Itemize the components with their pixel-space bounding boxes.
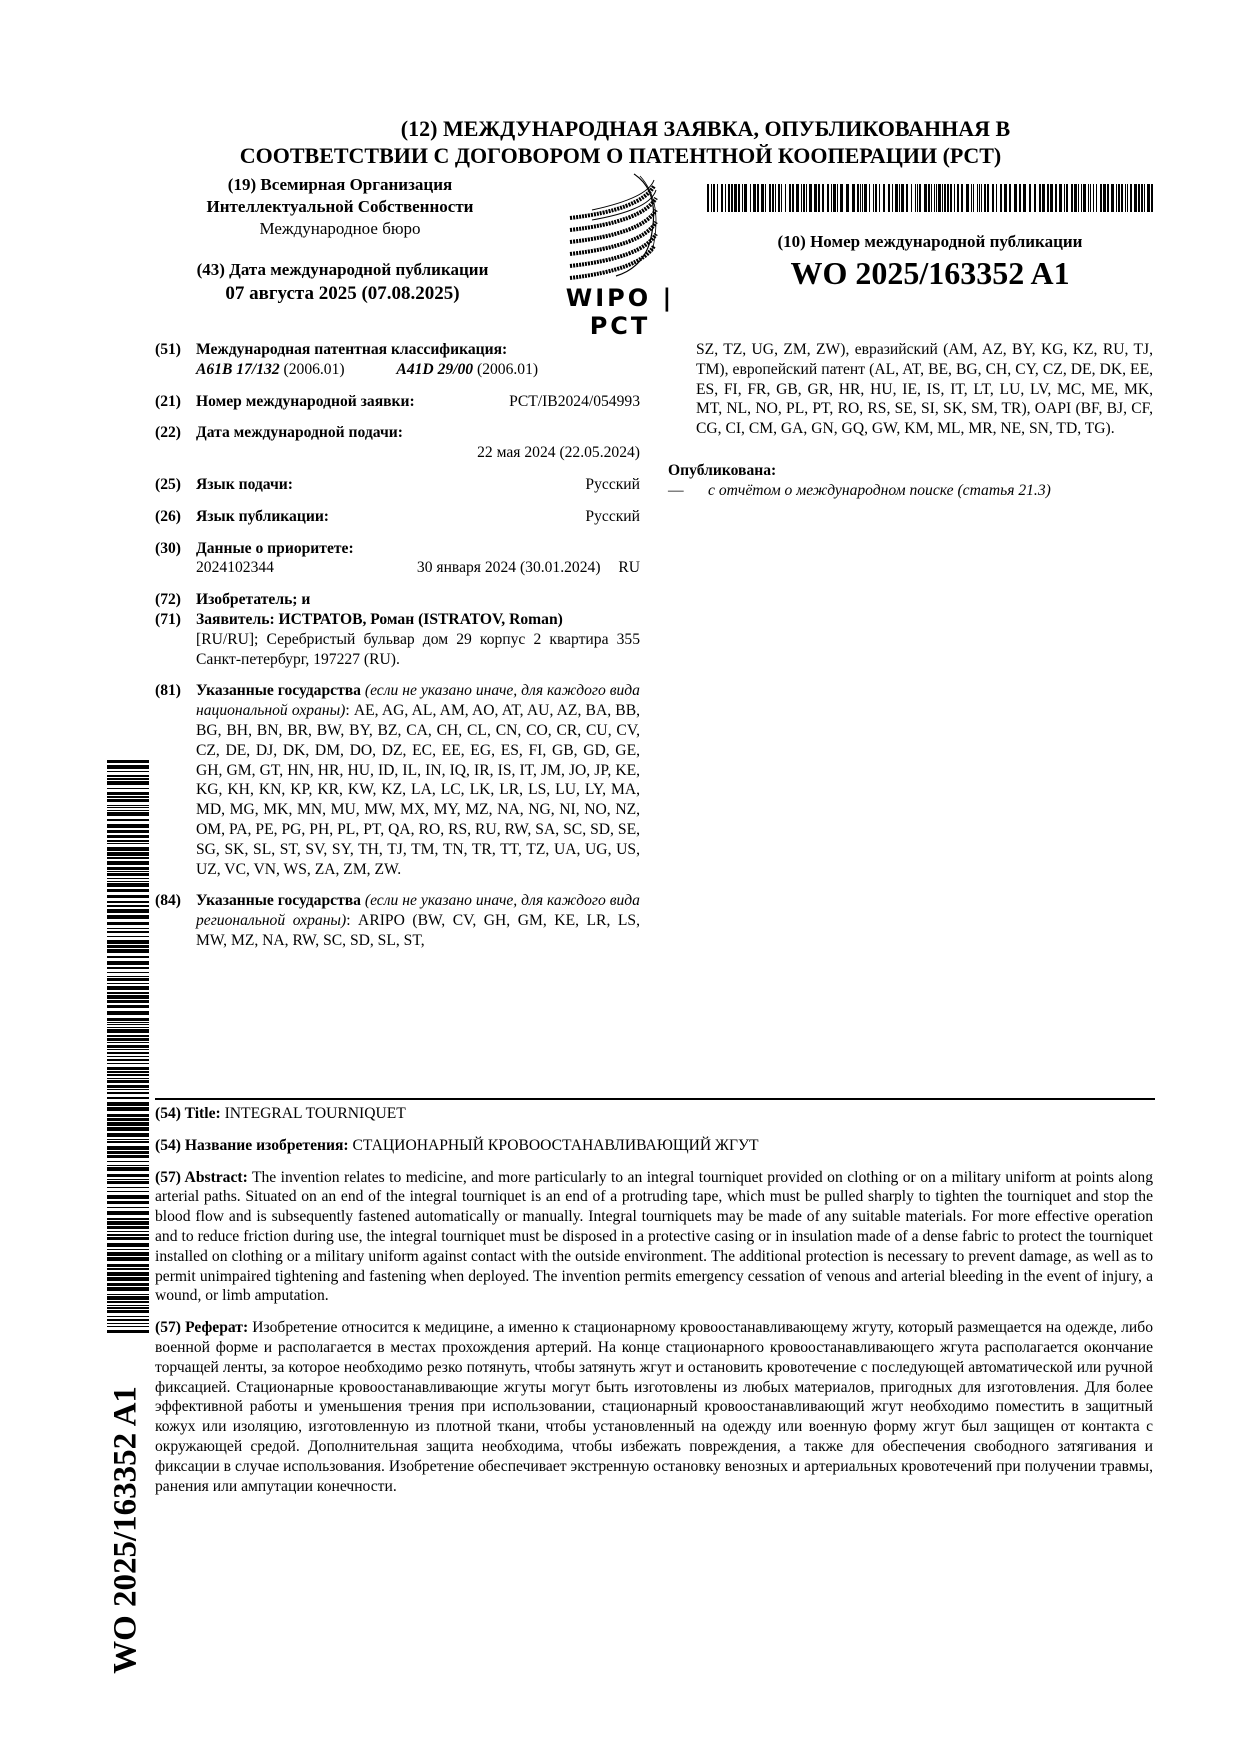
side-publication-number: WO 2025/163352 A1 bbox=[96, 1360, 156, 1700]
field-code: (84) bbox=[155, 891, 196, 950]
title-english-label: (54) Title: bbox=[155, 1105, 221, 1122]
title-russian-label: (54) Название изобретения: bbox=[155, 1137, 349, 1154]
published-item: с отчётом о международном поиске (статья… bbox=[708, 481, 1051, 501]
publication-date-block: (43) Дата международной публикации 07 ав… bbox=[160, 258, 525, 306]
filing-language: Русский bbox=[585, 475, 640, 495]
application-number: PCT/IB2024/054993 bbox=[509, 392, 640, 412]
bibliographic-data-left: (51) Международная патентная классификац… bbox=[155, 340, 640, 963]
org-bureau: Международное бюро bbox=[165, 218, 515, 240]
title-line-1: (12) МЕЖДУНАРОДНАЯ ЗАЯВКА, ОПУБЛИКОВАННА… bbox=[0, 115, 1241, 142]
field-label: Указанные государства bbox=[196, 892, 361, 909]
org-name-line-1: Всемирная Организация bbox=[260, 175, 452, 194]
title-english: (54) Title: INTEGRAL TOURNIQUET bbox=[155, 1104, 1153, 1124]
field-code: (51) bbox=[155, 340, 196, 380]
org-name-line-2: Интеллектуальной Собственности bbox=[165, 196, 515, 218]
priority-date: 30 января 2024 (30.01.2024) bbox=[417, 559, 601, 576]
field-81-designated-states-national: (81) Указанные государства (если не указ… bbox=[155, 681, 640, 879]
field-72-inventor: (72) Изобретатель; и bbox=[155, 590, 640, 610]
field-label: Данные о приоритете: bbox=[196, 539, 640, 559]
field-code: (26) bbox=[155, 507, 196, 527]
filing-date: 22 мая 2024 (22.05.2024) bbox=[196, 443, 640, 463]
title-english-value: INTEGRAL TOURNIQUET bbox=[225, 1105, 406, 1122]
bibliographic-data-right: SZ, TZ, UG, ZM, ZW), евразийский (AM, AZ… bbox=[668, 340, 1153, 501]
abstract-english: (57) Abstract: The invention relates to … bbox=[155, 1168, 1153, 1307]
priority-number: 2024102344 bbox=[196, 558, 274, 578]
field-label: Язык подачи: bbox=[196, 475, 293, 495]
abstract-russian: (57) Реферат: Изобретение относится к ме… bbox=[155, 1318, 1153, 1496]
published-heading: Опубликована: bbox=[668, 461, 1153, 481]
priority-country: RU bbox=[618, 559, 640, 576]
applicant-name: Заявитель: ИСТРАТОВ, Роман (ISTRATOV, Ro… bbox=[196, 610, 640, 630]
title-russian-value: СТАЦИОНАРНЫЙ КРОВООСТАНАВЛИВАЮЩИЙ ЖГУТ bbox=[353, 1137, 759, 1154]
document-title: (12) МЕЖДУНАРОДНАЯ ЗАЯВКА, ОПУБЛИКОВАННА… bbox=[0, 115, 1241, 169]
regional-states-list-part-2: SZ, TZ, UG, ZM, ZW), евразийский (AM, AZ… bbox=[668, 340, 1153, 439]
abstract-russian-text: Изобретение относится к медицине, а имен… bbox=[155, 1319, 1153, 1494]
field-code: (25) bbox=[155, 475, 196, 495]
field-label: Язык публикации: bbox=[196, 507, 329, 527]
ipc-class-1-version: (2006.01) bbox=[284, 361, 345, 378]
field-51-classification: (51) Международная патентная классификац… bbox=[155, 340, 640, 380]
field-code: (21) bbox=[155, 392, 196, 412]
field-label: Международная патентная классификация: bbox=[196, 340, 640, 360]
ipc-class-2-version: (2006.01) bbox=[477, 361, 538, 378]
field-22-filing-date: (22) Дата международной подачи: 22 мая 2… bbox=[155, 423, 640, 463]
side-publication-number-text: WO 2025/163352 A1 bbox=[108, 1386, 145, 1674]
wipo-pct-logo: WIPO | PCT bbox=[530, 172, 710, 312]
publication-number-block: (10) Номер международной публикации WO 2… bbox=[700, 230, 1160, 292]
publication-language: Русский bbox=[585, 507, 640, 527]
wipo-globe-icon bbox=[530, 172, 710, 284]
abstract-russian-label: (57) Реферат: bbox=[155, 1319, 248, 1336]
field-30-priority-data: (30) Данные о приоритете: 2024102344 30 … bbox=[155, 539, 640, 579]
field-26-publication-language: (26) Язык публикации: Русский bbox=[155, 507, 640, 527]
publication-number: WO 2025/163352 A1 bbox=[700, 254, 1160, 292]
wipo-pct-wordmark: WIPO | PCT bbox=[530, 284, 710, 340]
abstract-english-text: The invention relates to medicine, and m… bbox=[155, 1169, 1153, 1305]
publication-number-label: (10) Номер международной публикации bbox=[700, 230, 1160, 254]
section-divider bbox=[155, 1098, 1155, 1100]
publication-barcode bbox=[707, 184, 1153, 212]
publication-date-label: (43) Дата международной публикации bbox=[160, 258, 525, 282]
title-russian: (54) Название изобретения: СТАЦИОНАРНЫЙ … bbox=[155, 1136, 1153, 1156]
field-code: (72) bbox=[155, 590, 196, 610]
ipc-class-2: A41D 29/00 bbox=[396, 361, 473, 378]
applicant-address: [RU/RU]; Серебристый бульвар дом 29 корп… bbox=[196, 630, 640, 670]
abstract-section: (54) Title: INTEGRAL TOURNIQUET (54) Наз… bbox=[155, 1104, 1153, 1508]
field-21-application-number: (21) Номер международной заявки: PCT/IB2… bbox=[155, 392, 640, 412]
title-line-2: СООТВЕТСТВИИ С ДОГОВОРОМ О ПАТЕНТНОЙ КОО… bbox=[0, 142, 1241, 169]
org-code: (19) bbox=[228, 175, 256, 194]
published-block: Опубликована: — с отчётом о международно… bbox=[668, 461, 1153, 501]
field-code: (30) bbox=[155, 539, 196, 579]
ipc-class-1: A61B 17/132 bbox=[196, 361, 280, 378]
field-label: Номер международной заявки: bbox=[196, 392, 415, 412]
field-label: Указанные государства bbox=[196, 682, 361, 699]
organization-block: (19) Всемирная Организация Интеллектуаль… bbox=[165, 174, 515, 240]
field-71-applicant: (71) Заявитель: ИСТРАТОВ, Роман (ISTRATO… bbox=[155, 610, 640, 669]
national-states-list: : AE, AG, AL, AM, AO, AT, AU, AZ, BA, BB… bbox=[196, 702, 640, 877]
field-code: (22) bbox=[155, 423, 196, 463]
published-dash: — bbox=[668, 481, 708, 501]
field-code: (81) bbox=[155, 681, 196, 879]
field-label: Изобретатель; и bbox=[196, 590, 640, 610]
abstract-english-label: (57) Abstract: bbox=[155, 1169, 248, 1186]
side-barcode bbox=[107, 760, 149, 1335]
field-code: (71) bbox=[155, 610, 196, 669]
field-label: Дата международной подачи: bbox=[196, 423, 640, 443]
publication-date-value: 07 августа 2025 (07.08.2025) bbox=[160, 282, 525, 306]
field-25-filing-language: (25) Язык подачи: Русский bbox=[155, 475, 640, 495]
field-84-designated-states-regional: (84) Указанные государства (если не указ… bbox=[155, 891, 640, 950]
